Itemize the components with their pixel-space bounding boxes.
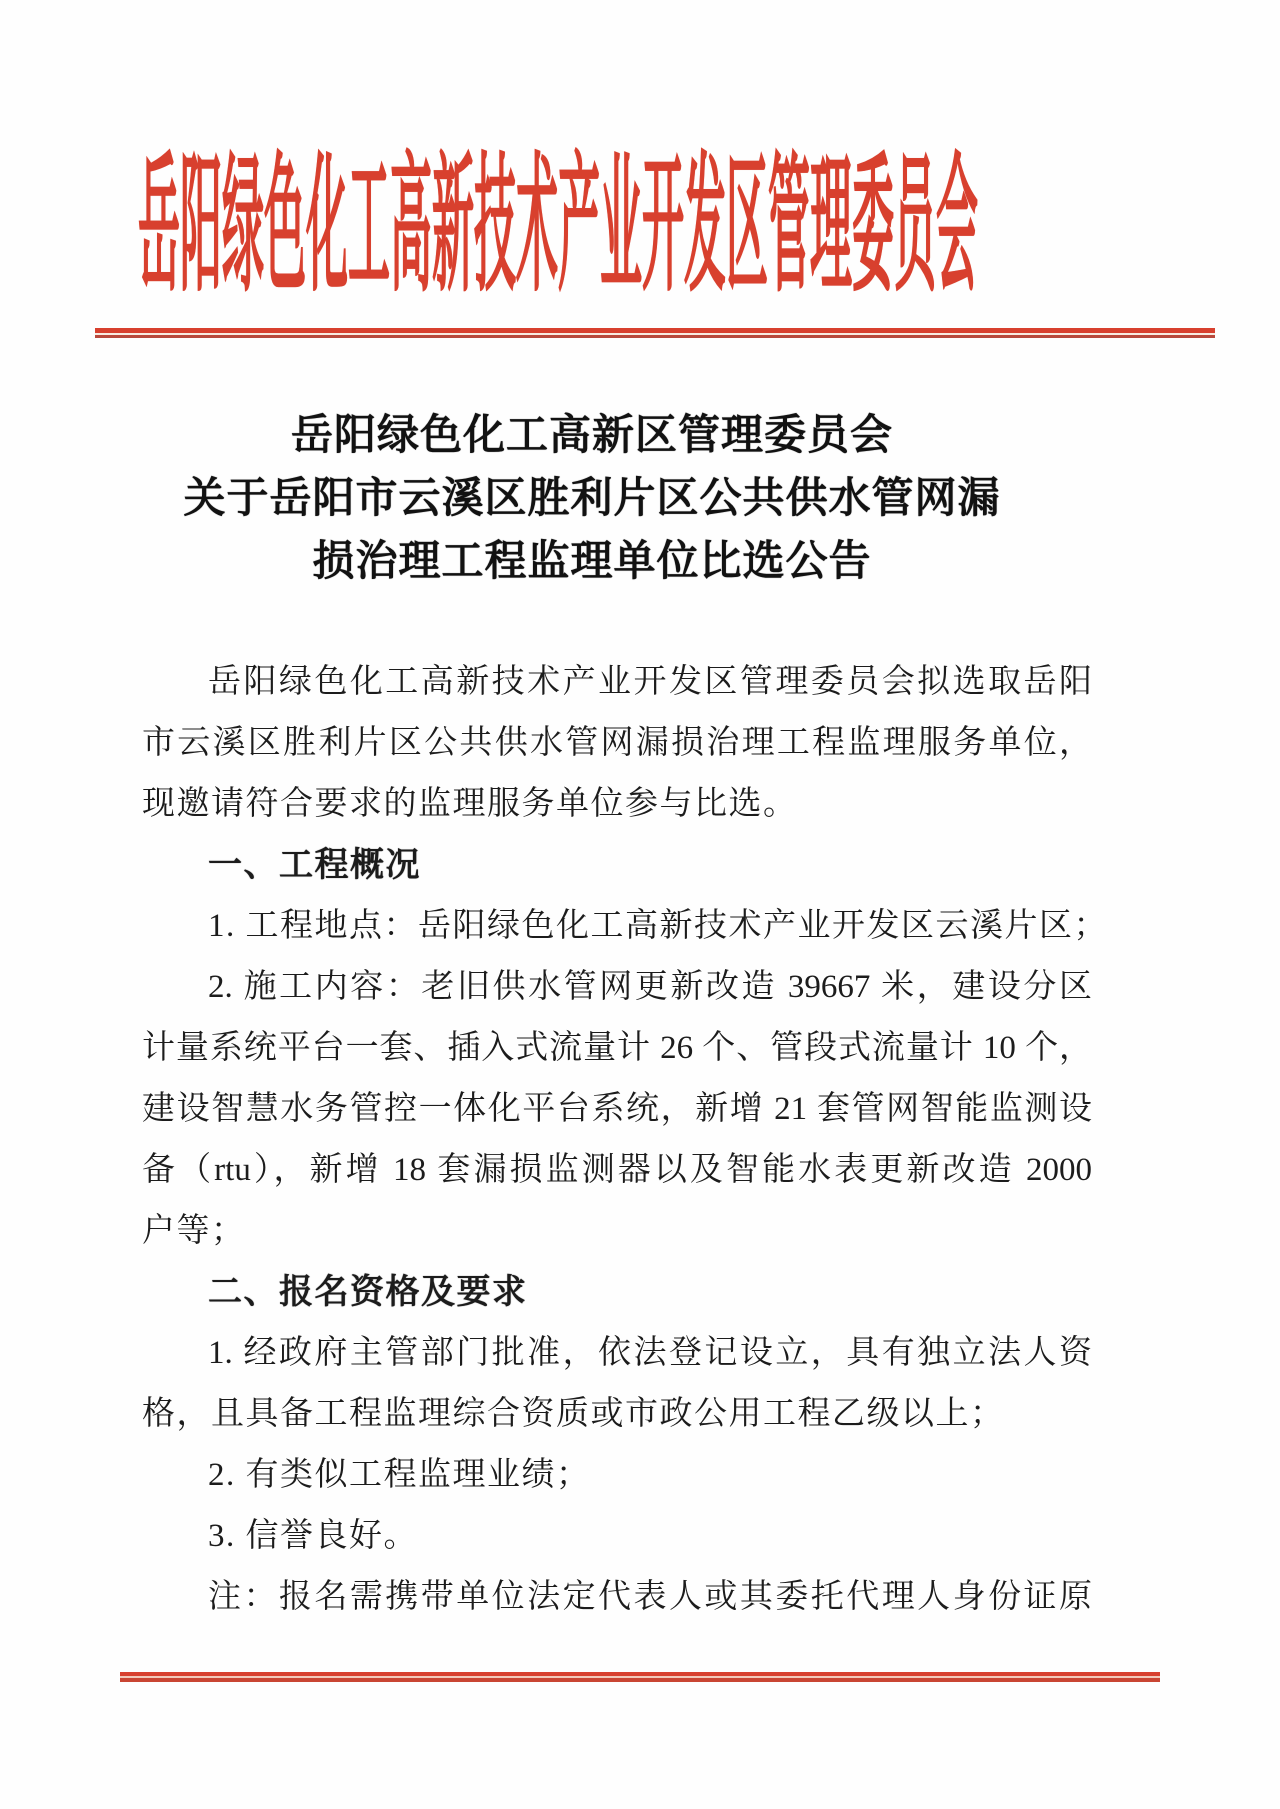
document-body: 岳阳绿色化工高新技术产业开发区管理委员会拟选取岳阳 市云溪区胜利片区公共供水管网…: [142, 652, 1092, 1628]
letterhead-title: 岳阳绿色化工高新技术产业开发区管理委员会: [138, 148, 978, 306]
section-heading-project-overview: 一、工程概况: [142, 835, 1092, 896]
document-title-line-2: 关于岳阳市云溪区胜利片区公共供水管网漏: [117, 468, 1067, 531]
document-title-line-1: 岳阳绿色化工高新区管理委员会: [117, 405, 1067, 468]
body-line: 格，且具备工程监理综合资质或市政公用工程乙级以上；: [142, 1384, 1092, 1445]
body-line: 备（rtu），新增 18 套漏损监测器以及智能水表更新改造 2000: [142, 1140, 1092, 1201]
body-line: 建设智慧水务管控一体化平台系统，新增 21 套管网智能监测设: [142, 1079, 1092, 1140]
document-title: 岳阳绿色化工高新区管理委员会 关于岳阳市云溪区胜利片区公共供水管网漏 损治理工程…: [117, 405, 1067, 594]
letterhead-divider: [95, 328, 1215, 339]
body-line: 计量系统平台一套、插入式流量计 26 个、管段式流量计 10 个，: [142, 1018, 1092, 1079]
body-line: 岳阳绿色化工高新技术产业开发区管理委员会拟选取岳阳: [142, 652, 1092, 713]
body-line: 3. 信誉良好。: [142, 1506, 1092, 1567]
document-page: 岳阳绿色化工高新技术产业开发区管理委员会 岳阳绿色化工高新区管理委员会 关于岳阳…: [0, 0, 1280, 1809]
body-line: 2. 有类似工程监理业绩；: [142, 1445, 1092, 1506]
document-title-line-3: 损治理工程监理单位比选公告: [117, 531, 1067, 594]
body-line: 现邀请符合要求的监理服务单位参与比选。: [142, 774, 1092, 835]
body-line: 户等；: [142, 1201, 1092, 1262]
section-heading-registration-requirements: 二、报名资格及要求: [142, 1262, 1092, 1323]
body-line: 市云溪区胜利片区公共供水管网漏损治理工程监理服务单位，: [142, 713, 1092, 774]
letterhead-banner: 岳阳绿色化工高新技术产业开发区管理委员会: [0, 0, 1280, 310]
body-line: 注：报名需携带单位法定代表人或其委托代理人身份证原: [142, 1567, 1092, 1628]
body-line: 1. 经政府主管部门批准，依法登记设立，具有独立法人资: [142, 1323, 1092, 1384]
body-line: 2. 施工内容：老旧供水管网更新改造 39667 米，建设分区: [142, 957, 1092, 1018]
footer-divider: [120, 1672, 1160, 1682]
body-line: 1. 工程地点：岳阳绿色化工高新技术产业开发区云溪片区；: [142, 896, 1092, 957]
